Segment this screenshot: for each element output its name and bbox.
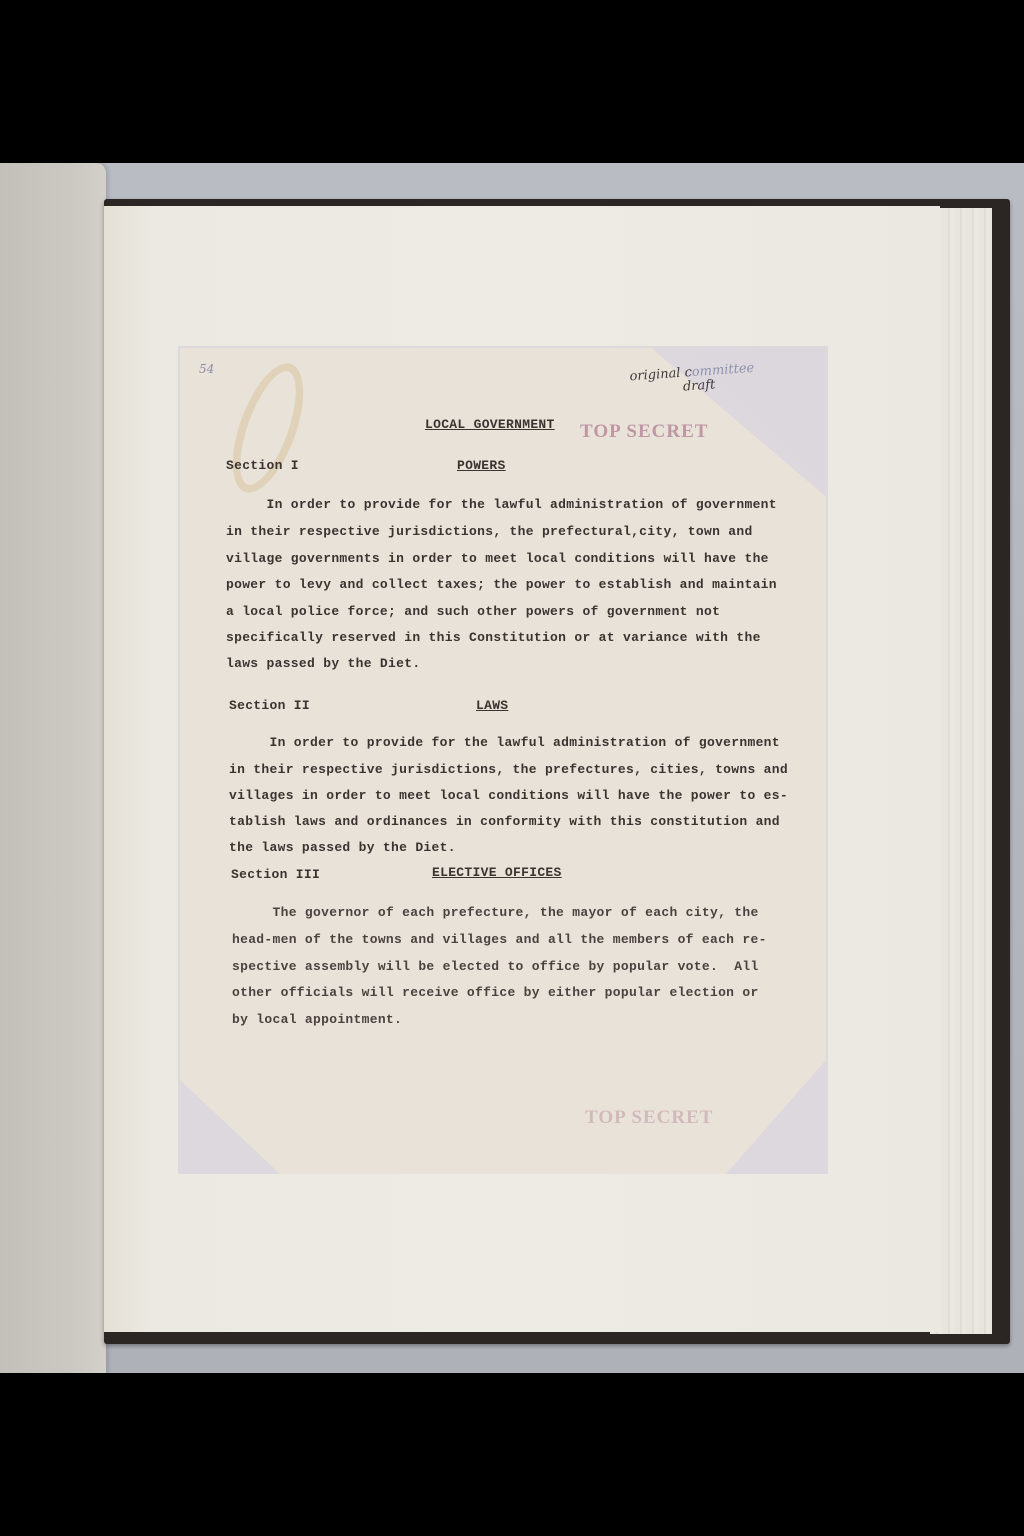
section-2-line: in their respective jurisdictions, the p… bbox=[229, 762, 788, 777]
section-2-line: In order to provide for the lawful admin… bbox=[229, 735, 780, 750]
section-3-label: Section III bbox=[231, 867, 320, 882]
section-1-body: In order to provide for the lawful admin… bbox=[226, 497, 806, 687]
section-2-line: the laws passed by the Diet. bbox=[229, 840, 456, 855]
section-1-heading: POWERS bbox=[457, 458, 506, 473]
section-3-heading: ELECTIVE OFFICES bbox=[432, 865, 562, 880]
section-2-heading: LAWS bbox=[476, 698, 508, 713]
pencil-page-number: 54 bbox=[199, 362, 214, 376]
top-secret-stamp-bottom: TOP SECRET bbox=[585, 1107, 713, 1129]
top-secret-stamp: TOP SECRET bbox=[580, 421, 708, 443]
section-1-line: laws passed by the Diet. bbox=[226, 656, 420, 671]
document-title: LOCAL GOVERNMENT bbox=[425, 417, 555, 432]
section-3-body: The governor of each prefecture, the may… bbox=[232, 905, 812, 1045]
section-3-line: The governor of each prefecture, the may… bbox=[232, 905, 759, 920]
section-1-label: Section I bbox=[226, 458, 299, 473]
section-3-line: head-men of the towns and villages and a… bbox=[232, 932, 767, 947]
section-1-line: village governments in order to meet loc… bbox=[226, 551, 769, 566]
facing-page-edge bbox=[0, 163, 106, 1373]
section-2-line: villages in order to meet local conditio… bbox=[229, 788, 788, 803]
section-2-label: Section II bbox=[229, 698, 310, 713]
section-3-line: by local appointment. bbox=[232, 1012, 402, 1027]
section-1-line: a local police force; and such other pow… bbox=[226, 604, 720, 619]
section-1-line: specifically reserved in this Constituti… bbox=[226, 630, 761, 645]
section-1-line: In order to provide for the lawful admin… bbox=[226, 497, 777, 512]
section-3-line: other officials will receive office by e… bbox=[232, 985, 759, 1000]
section-2-line: tablish laws and ordinances in conformit… bbox=[229, 814, 780, 829]
section-3-line: spective assembly will be elected to off… bbox=[232, 959, 759, 974]
section-2-body: In order to provide for the lawful admin… bbox=[229, 735, 809, 875]
section-1-line: in their respective jurisdictions, the p… bbox=[226, 524, 753, 539]
section-1-line: power to levy and collect taxes; the pow… bbox=[226, 577, 777, 592]
